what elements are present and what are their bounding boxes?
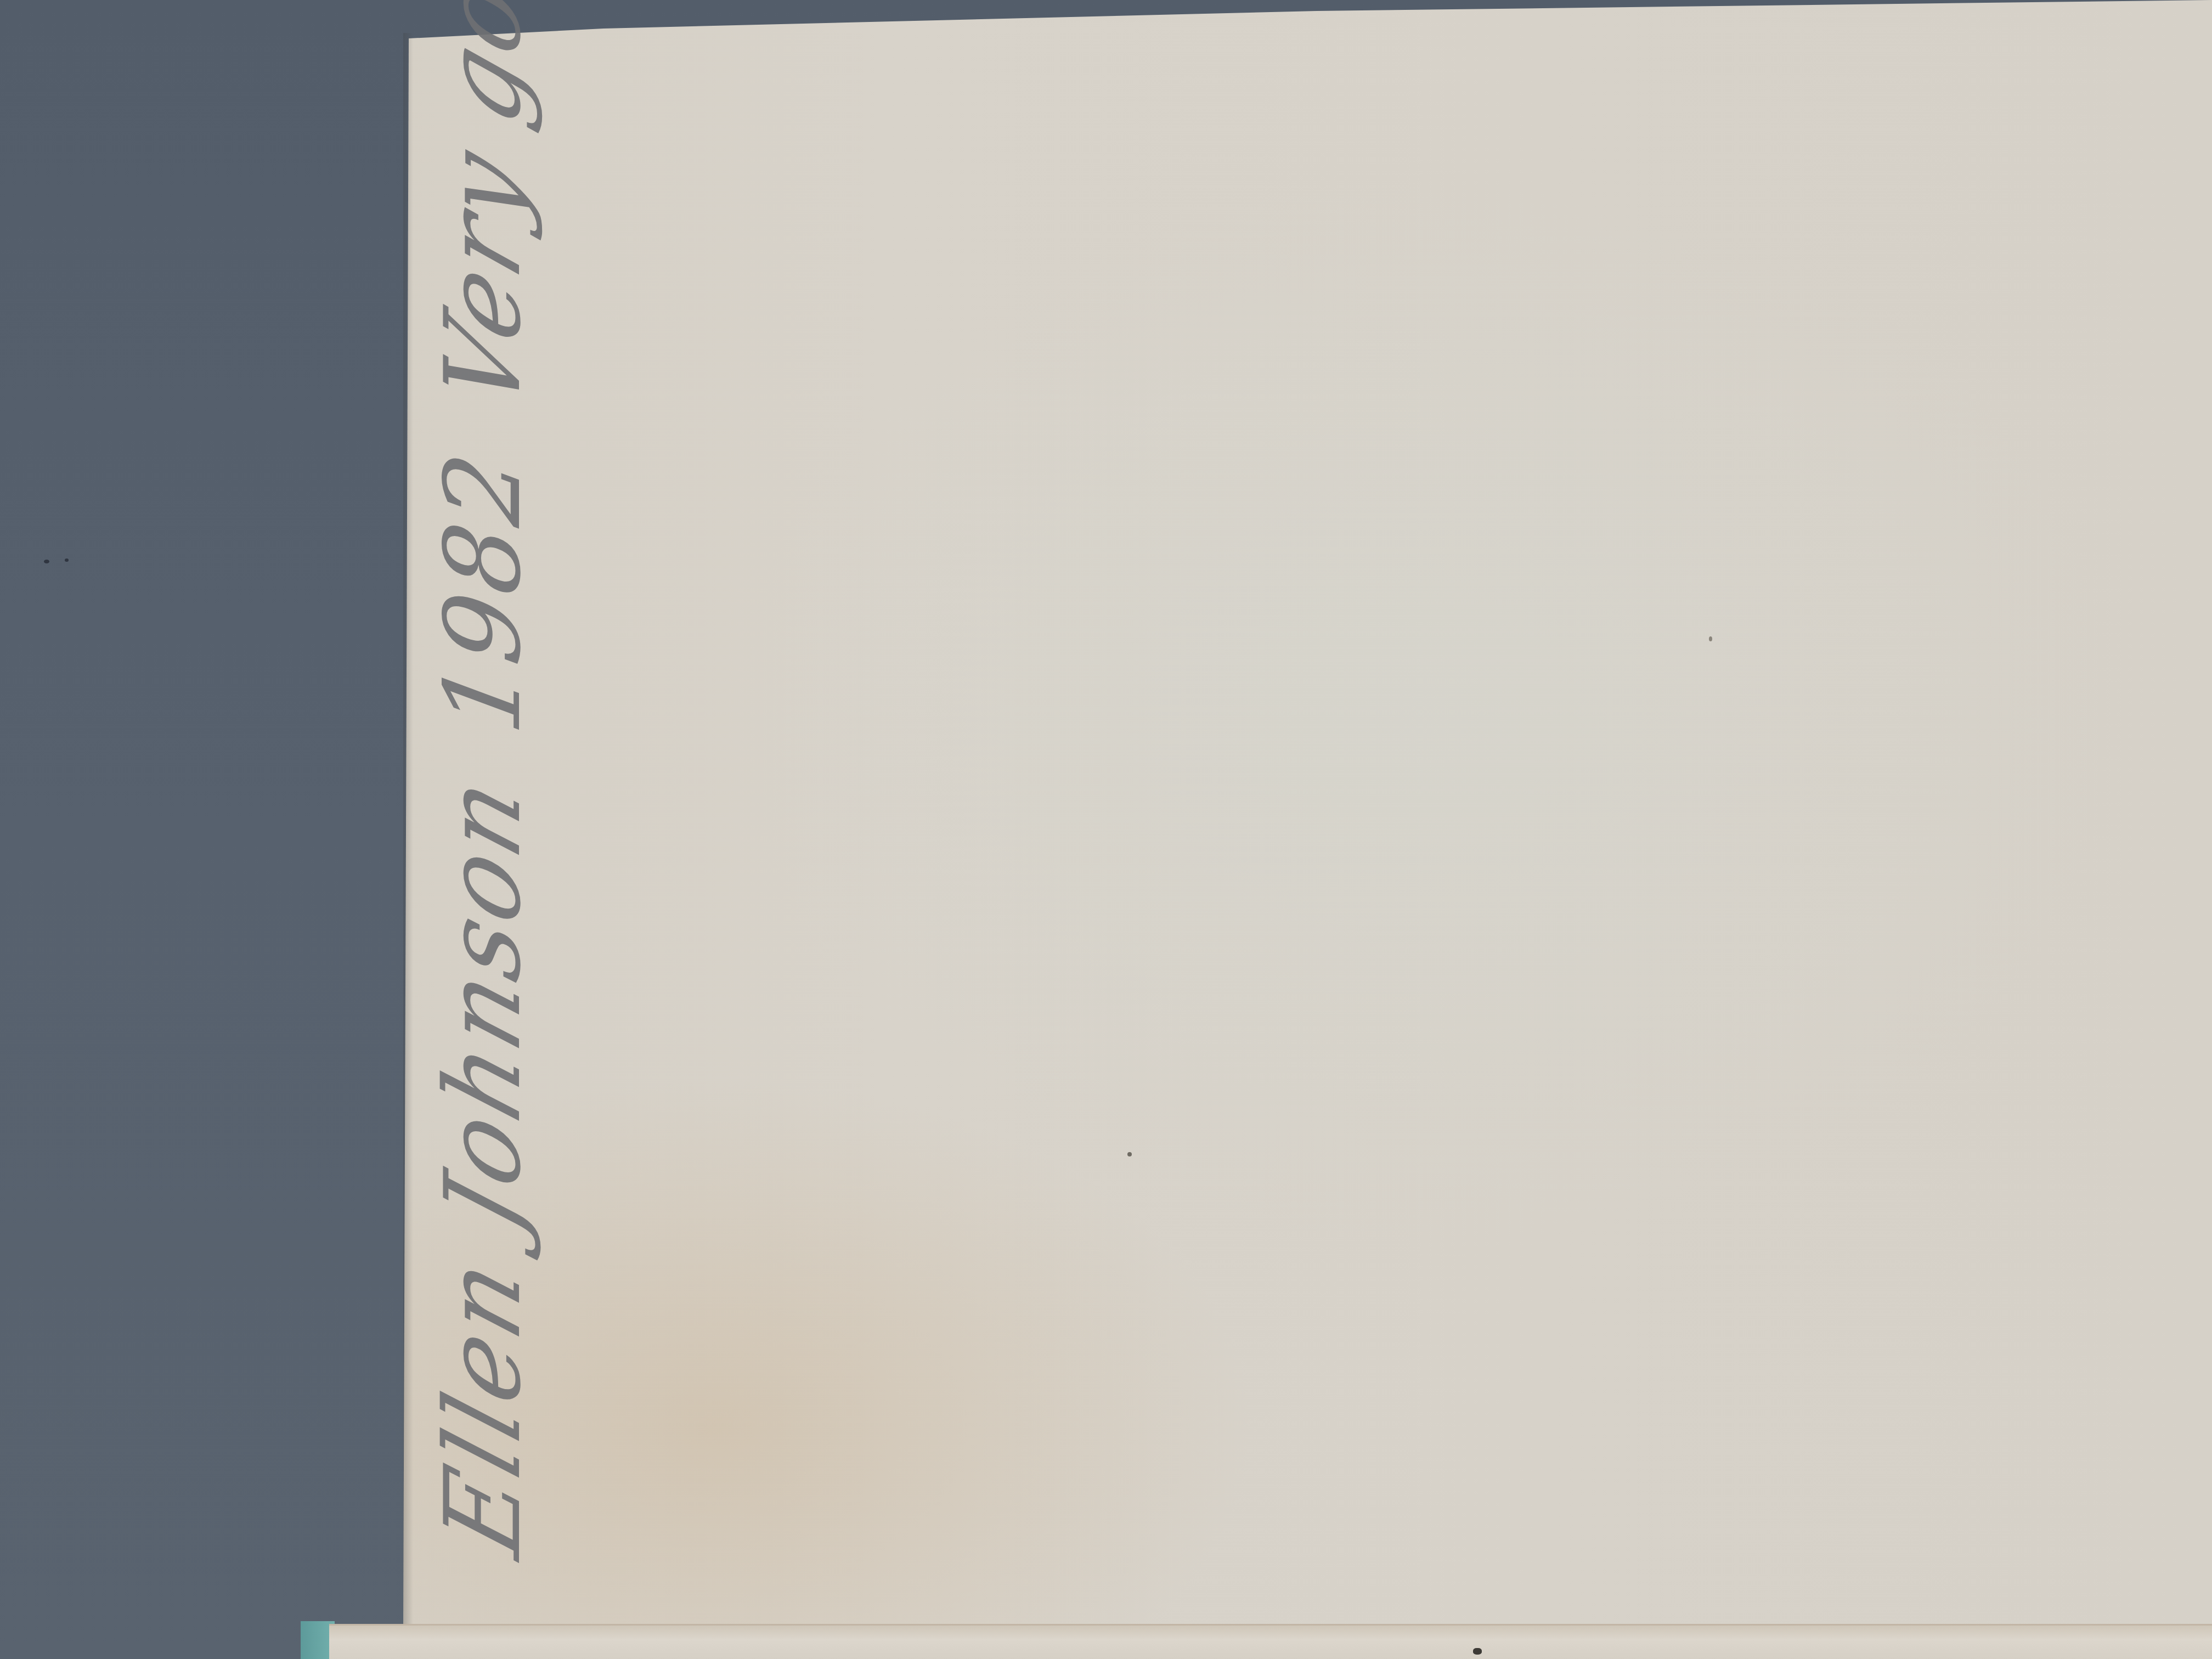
flyleaf-page bbox=[0, 0, 2212, 1659]
photo-stage: Ellen Johnson 1982 Very good bbox=[0, 0, 2212, 1659]
paper-speck bbox=[1709, 636, 1712, 641]
paper-speck bbox=[1127, 1152, 1132, 1156]
background-speck bbox=[65, 558, 69, 562]
inscription-year: 1982 bbox=[422, 442, 544, 742]
inscription-remark: Very good bbox=[422, 0, 544, 425]
page-block-edge bbox=[329, 1624, 2212, 1659]
handwritten-inscription: Ellen Johnson 1982 Very good bbox=[417, 145, 549, 1550]
paper-speck bbox=[1473, 1648, 1482, 1655]
inscription-name: Ellen Johnson bbox=[422, 760, 544, 1570]
background-speck bbox=[44, 560, 49, 563]
page-edge-shadow bbox=[403, 33, 413, 1629]
